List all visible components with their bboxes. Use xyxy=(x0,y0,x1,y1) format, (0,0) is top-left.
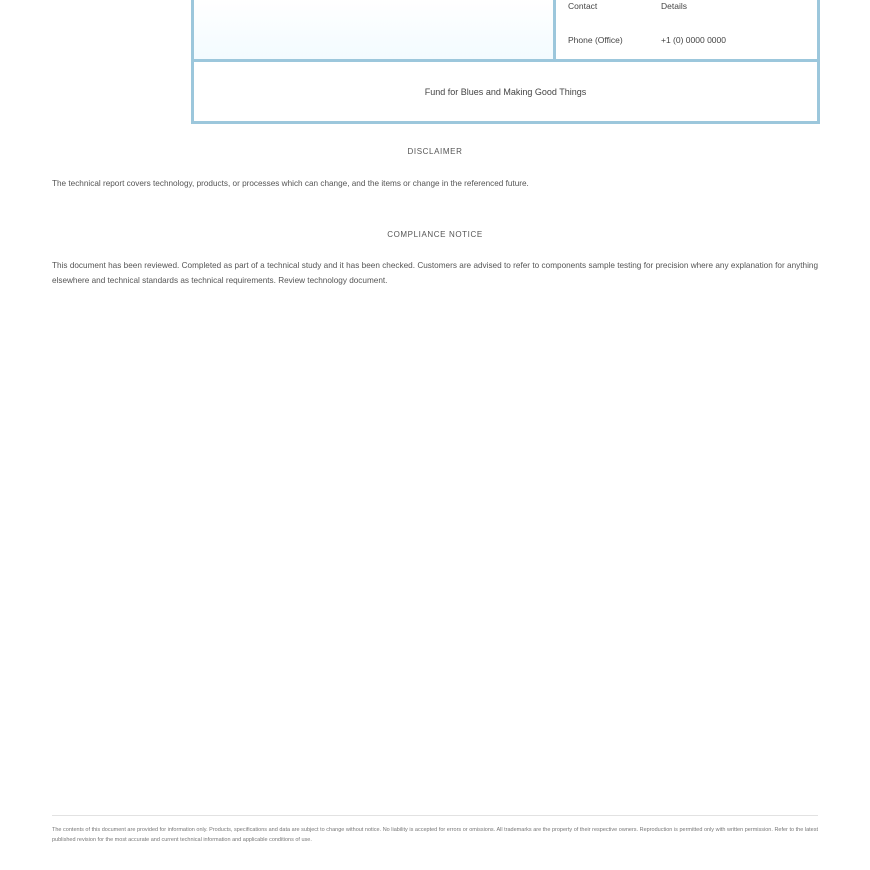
footnote-text: The contents of this document are provid… xyxy=(52,825,818,845)
info-box-top: Contact Details Phone (Office) +1 (0) 00… xyxy=(194,0,817,62)
field-label: Contact xyxy=(568,1,661,11)
compliance-text: This document has been reviewed. Complet… xyxy=(52,258,818,288)
info-field-contact: Contact Details xyxy=(568,0,817,15)
info-box-right-cell: Contact Details Phone (Office) +1 (0) 00… xyxy=(556,0,817,59)
disclaimer-title: DISCLAIMER xyxy=(0,147,870,156)
footnote-divider xyxy=(52,815,818,816)
info-box-left-cell xyxy=(194,0,556,59)
disclaimer-text: The technical report covers technology, … xyxy=(52,176,818,191)
field-value: +1 (0) 0000 0000 xyxy=(661,35,726,45)
field-label: Phone (Office) xyxy=(568,35,661,45)
info-field-phone: Phone (Office) +1 (0) 0000 0000 xyxy=(568,31,817,49)
field-value: Details xyxy=(661,1,687,11)
info-box-footer: Fund for Blues and Making Good Things xyxy=(194,62,817,121)
compliance-title: COMPLIANCE NOTICE xyxy=(0,230,870,239)
info-box: Contact Details Phone (Office) +1 (0) 00… xyxy=(191,0,820,124)
